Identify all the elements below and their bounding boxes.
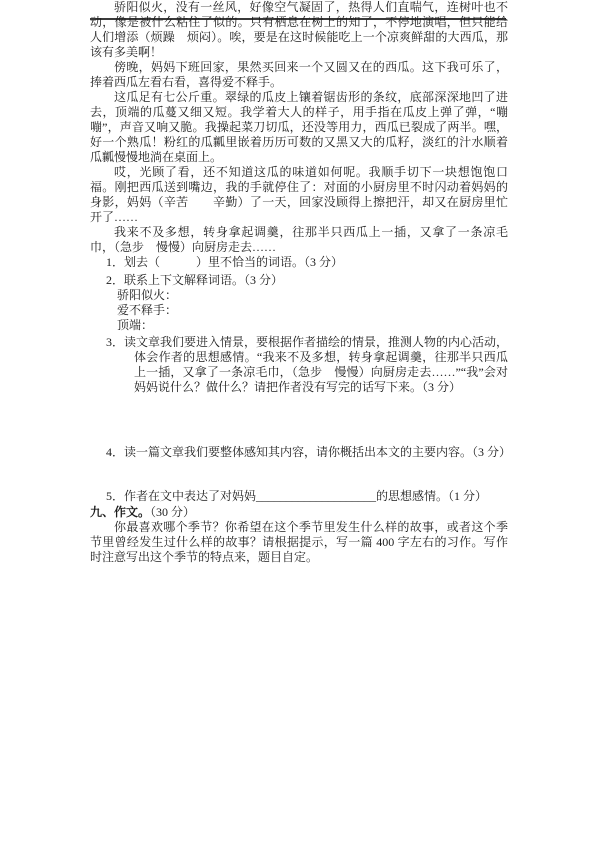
question-3: 3．读文章我们要进入情景，要根据作者描绘的情景，推测人物的内心活动，体会作者的思… bbox=[90, 335, 508, 395]
question-list: 1．划去（ ）里不恰当的词语。（3 分） 2．联系上下文解释词语。（3 分） 骄… bbox=[90, 255, 508, 504]
passage-paragraph-3: 这瓜足有七公斤重。翠绿的瓜皮上镶着锯齿形的条纹，底部深深地凹了进去，顶端的瓜蔓又… bbox=[90, 90, 508, 165]
question-2: 2．联系上下文解释词语。（3 分） bbox=[90, 273, 508, 288]
passage-paragraph-1: 骄阳似火，没有一丝风，好像空气凝固了，热得人们直喘气，连树叶也不动，像是被什么粘… bbox=[90, 0, 508, 60]
passage-paragraph-2: 傍晚，妈妈下班回家，果然买回来一个又圆又在的西瓜。这下我可乐了，捧着西瓜左看右看… bbox=[90, 60, 508, 90]
exam-content: 骄阳似火，没有一丝风，好像空气凝固了，热得人们直喘气，连树叶也不动，像是被什么粘… bbox=[90, 0, 508, 565]
composition-prompt: 你最喜欢哪个季节？你希望在这个季节里发生什么样的故事，或者这个季节里曾经发生过什… bbox=[90, 520, 508, 565]
composition-heading-score: （30 分） bbox=[150, 505, 195, 519]
question-4: 4．读一篇文章我们要整体感知其内容，请你概括出本文的主要内容。（3 分） bbox=[90, 445, 508, 460]
question-5: 5．作者在文中表达了对妈妈____________________的思想感情。（… bbox=[90, 489, 508, 504]
passage-paragraph-4: 哎，光顾了看，还不知道这瓜的味道如何呢。我顺手切下一块想饱饱口福。刚把西瓜送到嘴… bbox=[90, 165, 508, 225]
composition-section-heading: 九、作文。（30 分） bbox=[90, 505, 508, 520]
passage-paragraph-5: 我来不及多想，转身拿起调羹，往那半只西瓜上一插，又拿了一条凉毛巾，（急步 慢慢）… bbox=[90, 225, 508, 255]
question-1: 1．划去（ ）里不恰当的词语。（3 分） bbox=[90, 255, 508, 270]
exam-paper-page: 骄阳似火，没有一丝风，好像空气凝固了，热得人们直喘气，连树叶也不动，像是被什么粘… bbox=[0, 0, 596, 842]
question-2-term-2: 爱不释手： bbox=[90, 303, 508, 318]
question-2-term-1: 骄阳似火： bbox=[90, 288, 508, 303]
composition-heading-title: 九、作文。 bbox=[90, 505, 150, 519]
question-2-term-3: 顶端： bbox=[90, 318, 508, 333]
